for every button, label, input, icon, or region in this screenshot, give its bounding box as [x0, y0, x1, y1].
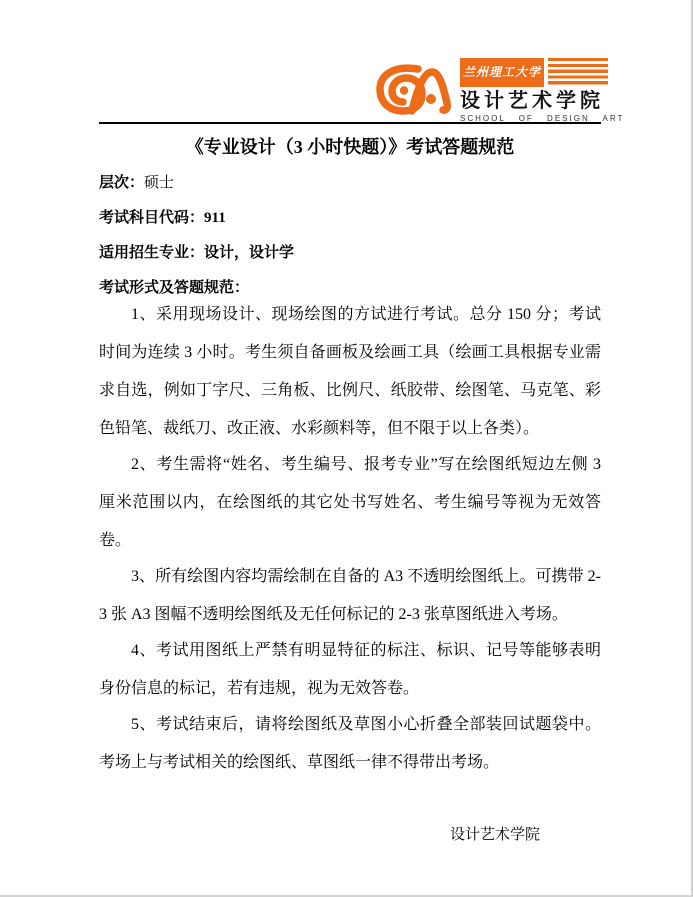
paragraph-rule-2: 2、考生需将“姓名、考生编号、报考专业”写在绘图纸短边左侧 3 厘米范围以内，在…	[99, 446, 601, 560]
meta-label: 考试科目代码：	[99, 210, 204, 226]
footer-signature: 设计艺术学院	[450, 825, 540, 845]
school-name-cn: 设计艺术学院	[460, 89, 608, 113]
paragraph-rule-3: 3、所有绘图内容均需绘制在自备的 A3 不透明绘图纸上。可携带 2-3 张 A3…	[99, 558, 601, 634]
paragraph-rule-1: 1、采用现场设计、现场绘图的方试进行考试。总分 150 分；考试时间为连续 3 …	[99, 296, 601, 448]
document-title: 《专业设计（3 小时快题）》考试答题规范	[99, 135, 601, 159]
meta-label: 考试形式及答题规范：	[99, 280, 249, 296]
document-body: 1、采用现场设计、现场绘图的方试进行考试。总分 150 分；考试时间为连续 3 …	[99, 296, 601, 780]
school-logo: 兰州理工大学 设计艺术学院 SCHOOL OF DESIGN ART	[376, 56, 608, 123]
meta-value: 设计，设计学	[204, 245, 294, 261]
meta-value: 911	[204, 210, 226, 226]
da-monogram-icon	[376, 64, 452, 116]
paragraph-rule-5: 5、考试结束后，请将绘图纸及草图小心折叠全部装回试题袋中。考场上与考试相关的绘图…	[99, 706, 601, 782]
meta-section: 层次：硕士 考试科目代码：911 适用招生专业：设计，设计学 考试形式及答题规范…	[99, 173, 601, 299]
meta-line-level: 层次：硕士	[99, 173, 601, 194]
document-page: 兰州理工大学 设计艺术学院 SCHOOL OF DESIGN ART 《专业设计…	[0, 0, 693, 897]
paragraph-rule-4: 4、考试用图纸上严禁有明显特征的标注、标识、记号等能够表明身份信息的标记，若有违…	[99, 632, 601, 708]
stripes-icon	[548, 58, 608, 87]
meta-line-subject-code: 考试科目代码：911	[99, 208, 601, 229]
university-name-calligraphy: 兰州理工大学	[460, 58, 544, 87]
meta-value: 硕士	[144, 175, 174, 191]
page-header: 兰州理工大学 设计艺术学院 SCHOOL OF DESIGN ART	[99, 56, 601, 124]
meta-line-majors: 适用招生专业：设计，设计学	[99, 243, 601, 264]
school-name-en: SCHOOL OF DESIGN ART	[460, 114, 608, 123]
meta-label: 适用招生专业：	[99, 245, 204, 261]
meta-label: 层次：	[99, 175, 144, 191]
